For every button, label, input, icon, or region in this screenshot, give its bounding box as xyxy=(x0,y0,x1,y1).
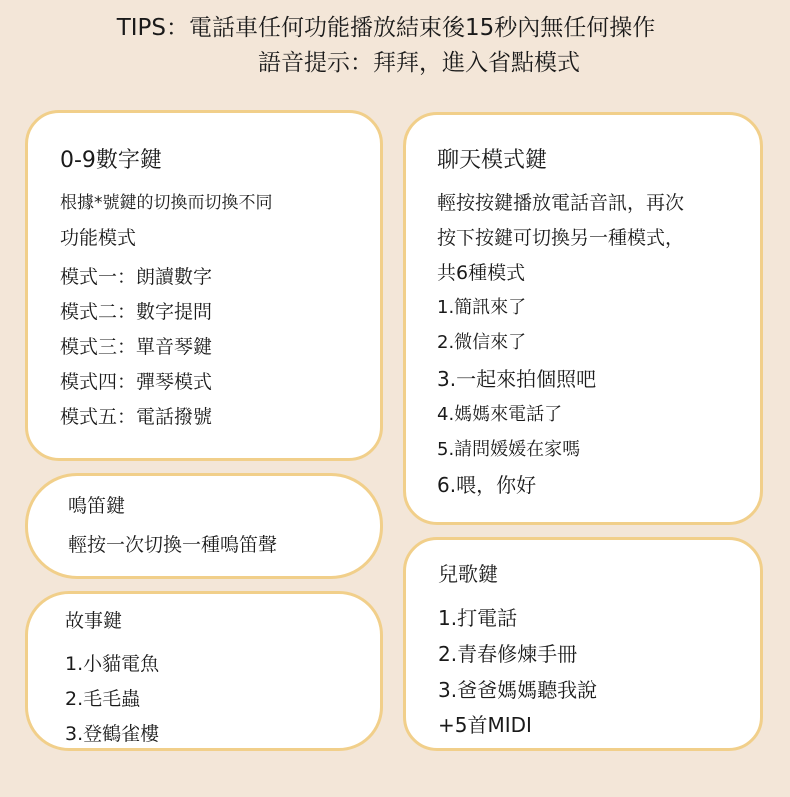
card-story-key: 故事鍵 1.小貓電魚 2.毛毛蟲 3.登鶴雀樓 xyxy=(25,591,383,751)
story-item: 3.登鶴雀樓 xyxy=(65,721,159,747)
chat-item: 1.簡訊來了 xyxy=(437,295,526,321)
card-number-keys: 0-9數字鍵 根據*號鍵的切換而切換不同 功能模式 模式一：朗讀數字 模式二：數… xyxy=(25,110,383,461)
chat-item: 3.一起來拍個照吧 xyxy=(437,366,596,392)
song-item: +5首MIDI xyxy=(438,712,532,738)
card-desc: 輕按按鍵播放電話音訊，再次 xyxy=(437,190,684,216)
tips-line-1: TIPS：電話車任何功能播放結束後15秒內無任何操作 xyxy=(0,12,781,44)
chat-item: 6.喂，你好 xyxy=(437,472,536,498)
card-title: 聊天模式鍵 xyxy=(437,147,547,175)
card-title: 0-9數字鍵 xyxy=(60,147,162,175)
card-desc: 共6種模式 xyxy=(437,260,525,286)
chat-item: 4.媽媽來電話了 xyxy=(437,402,562,428)
story-item: 2.毛毛蟲 xyxy=(65,686,140,712)
mode-item: 模式三：單音琴鍵 xyxy=(60,334,212,360)
mode-item: 模式二：數字提問 xyxy=(60,299,212,325)
mode-item: 模式一：朗讀數字 xyxy=(60,264,212,290)
story-item: 1.小貓電魚 xyxy=(65,651,159,677)
chat-item: 2.微信來了 xyxy=(437,330,526,356)
mode-item: 模式五：電話撥號 xyxy=(60,404,212,430)
card-whistle-key: 鳴笛鍵 輕按一次切換一種鳴笛聲 xyxy=(25,473,383,579)
mode-item: 模式四：彈琴模式 xyxy=(60,369,212,395)
card-title: 鳴笛鍵 xyxy=(68,492,125,520)
card-chat-key: 聊天模式鍵 輕按按鍵播放電話音訊，再次 按下按鍵可切換另一種模式， 共6種模式 … xyxy=(403,112,763,525)
song-item: 1.打電話 xyxy=(438,605,517,631)
card-title: 兒歌鍵 xyxy=(438,560,498,588)
card-desc: 根據*號鍵的切換而切換不同 xyxy=(60,190,273,216)
card-song-key: 兒歌鍵 1.打電話 2.青春修煉手冊 3.爸爸媽媽聽我說 +5首MIDI xyxy=(403,537,763,751)
card-desc: 按下按鍵可切換另一種模式， xyxy=(437,225,684,251)
card-desc: 功能模式 xyxy=(60,225,136,251)
card-title: 故事鍵 xyxy=(65,607,122,635)
song-item: 3.爸爸媽媽聽我說 xyxy=(438,677,597,703)
tips-line-2: 語音提示：拜拜，進入省點模式 xyxy=(24,47,790,79)
chat-item: 5.請問媛媛在家嗎 xyxy=(437,437,580,463)
card-desc: 輕按一次切換一種鳴笛聲 xyxy=(68,532,277,558)
song-item: 2.青春修煉手冊 xyxy=(438,641,577,667)
